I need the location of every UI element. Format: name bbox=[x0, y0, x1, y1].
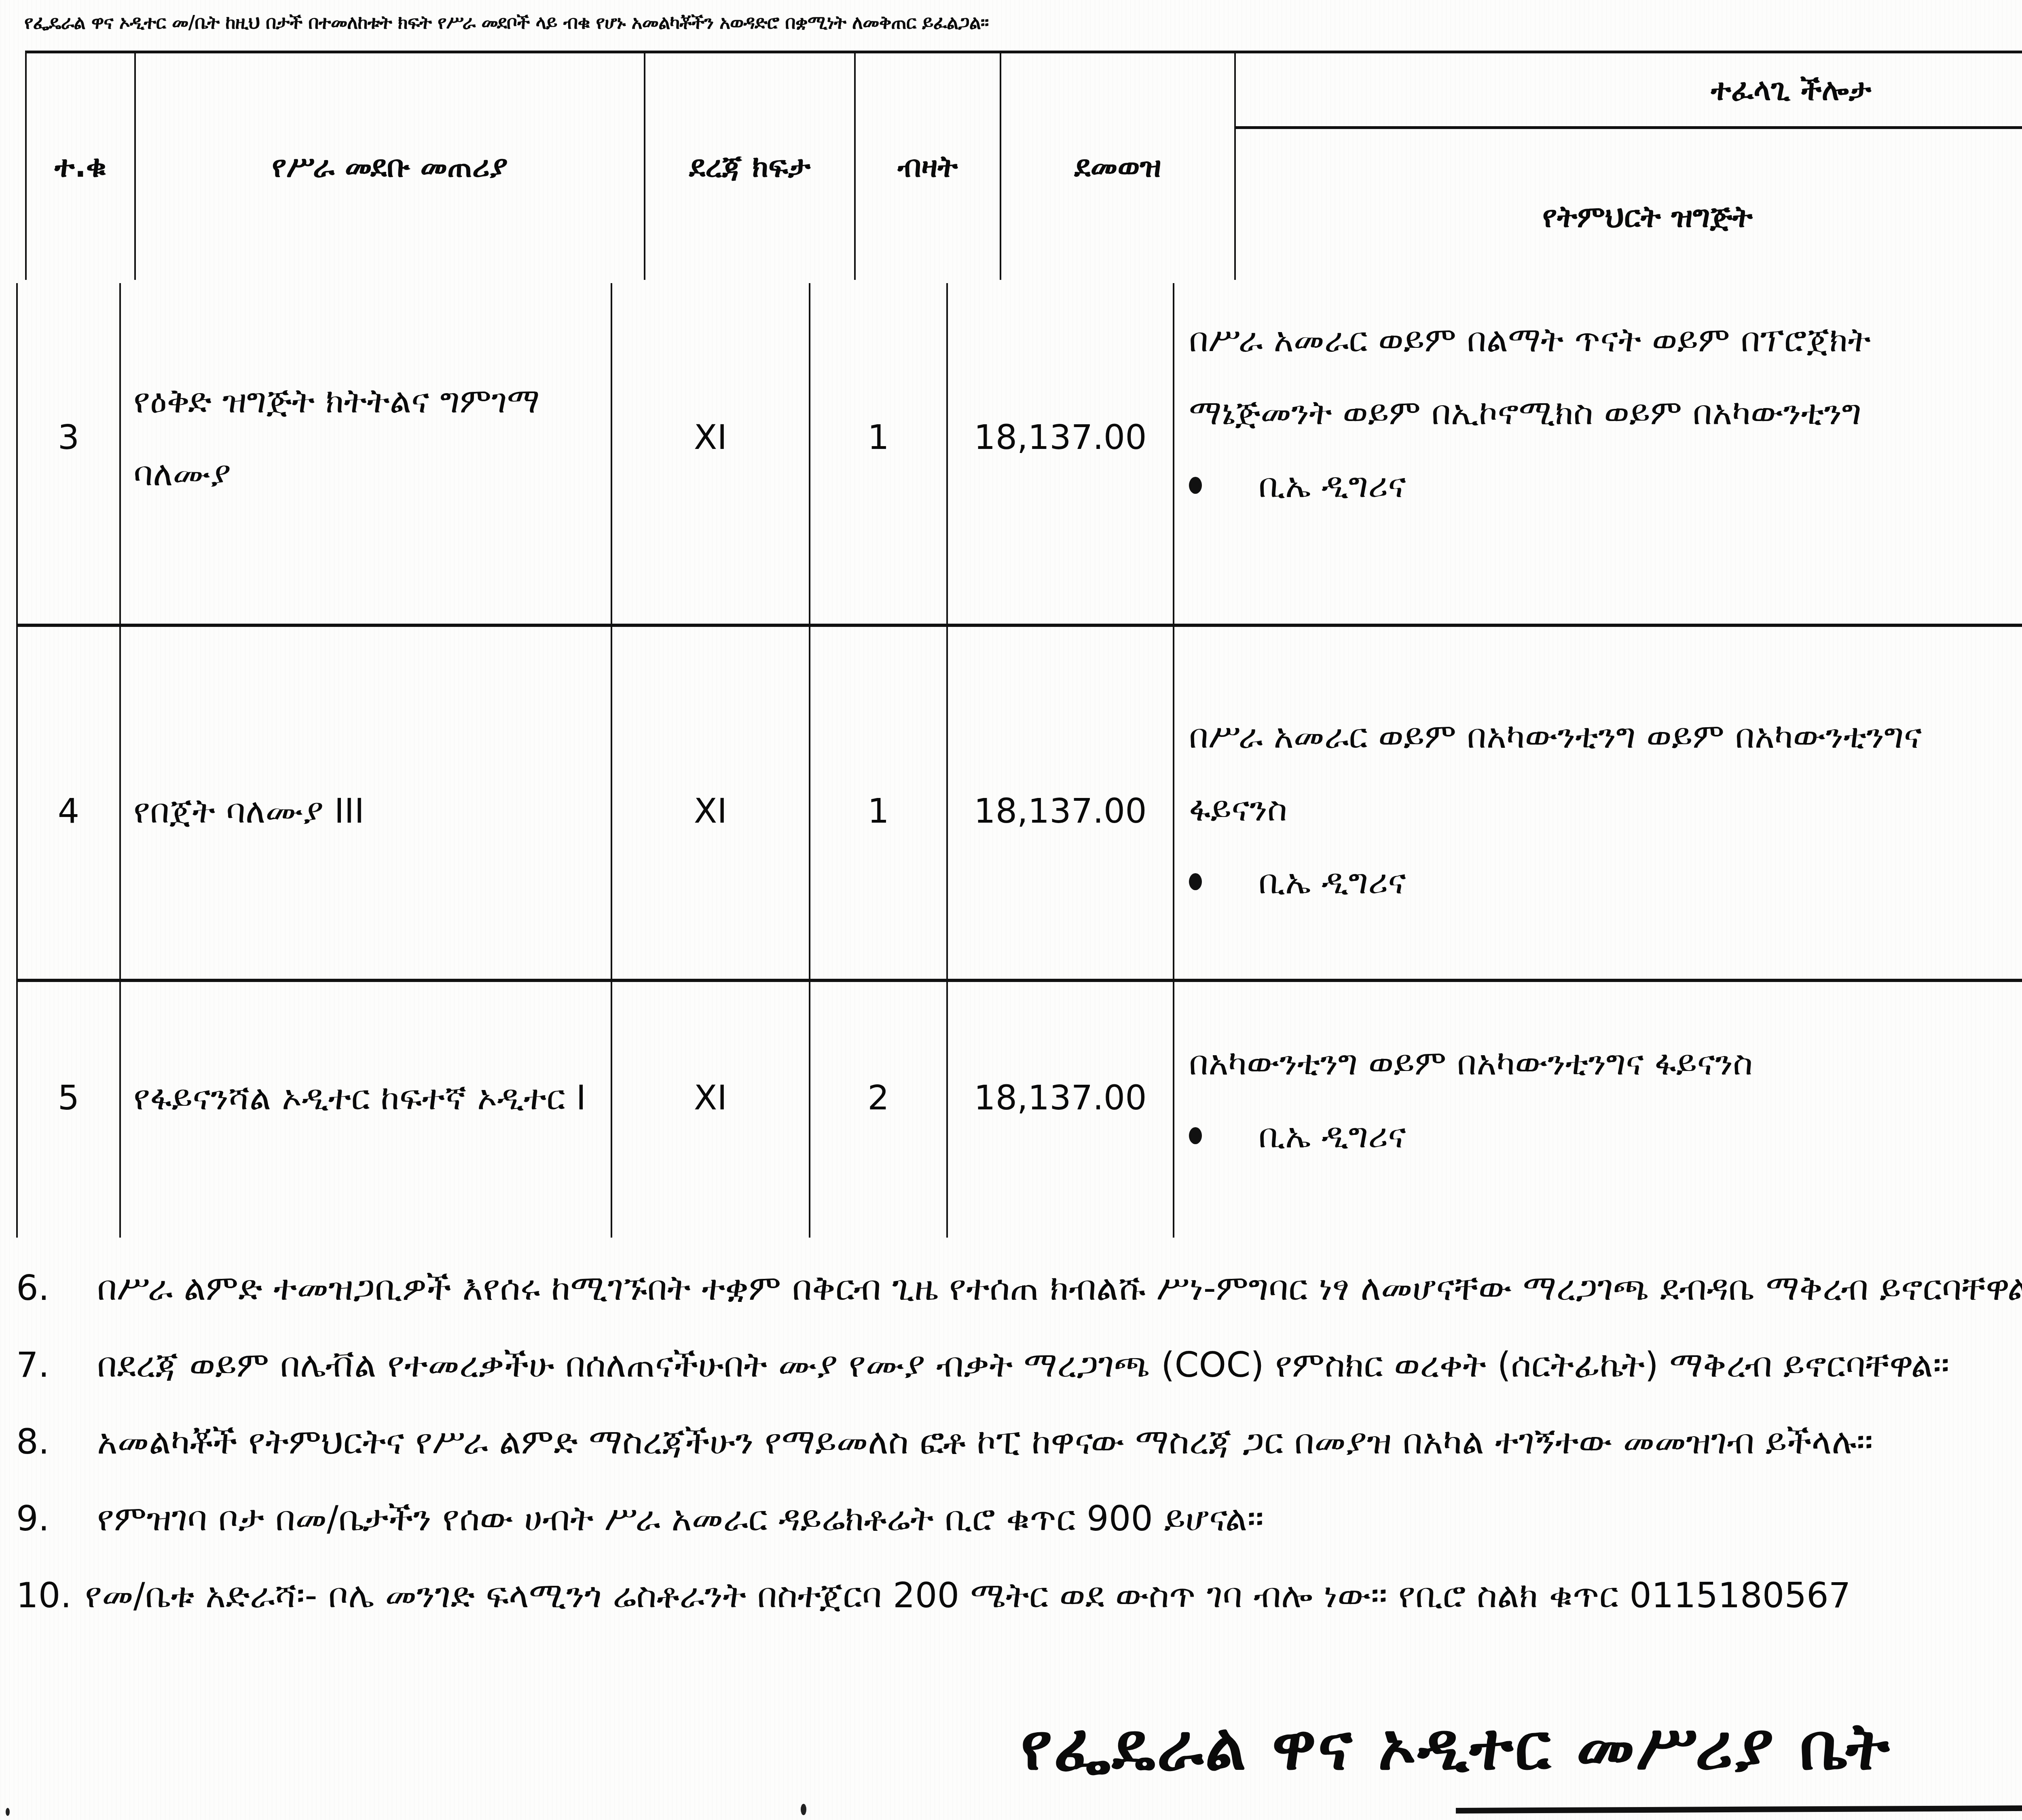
table-row: 4 የበጀት ባለሙያ III XI 1 18,137.00 በሥራ አመራር … bbox=[16, 627, 2022, 979]
header-education: የትምህርት ዝግጅት bbox=[1236, 129, 2022, 280]
note-text: በደረጃ ወይም በሌቭል የተመረቃችሁ በሰለጠናችሁበት ሙያ የሙያ ብ… bbox=[97, 1327, 2022, 1403]
note-number: 7. bbox=[16, 1327, 97, 1403]
row-divider bbox=[16, 979, 2022, 982]
row-position-title: የዕቅድ ዝግጅት ክትትልና ግምገማ ባለሙያ bbox=[133, 283, 603, 624]
row-no: 5 bbox=[18, 982, 119, 1238]
note-text: የመ/ቤቱ አድራሻ፡- ቦሌ መንገድ ፍላሚንጎ ሬስቶራንት በስተጀርባ… bbox=[85, 1557, 2022, 1634]
row-grade: XI bbox=[612, 283, 809, 624]
note-item: 7. በደረጃ ወይም በሌቭል የተመረቃችሁ በሰለጠናችሁበት ሙያ የሙ… bbox=[16, 1327, 2022, 1403]
row-salary: 18,137.00 bbox=[948, 982, 1173, 1238]
header-quantity: ብዛት bbox=[856, 53, 1000, 280]
bullet-icon bbox=[1189, 1127, 1202, 1144]
education-degree: ቢኤ ዲግሪና bbox=[1258, 449, 1406, 522]
note-number: 8. bbox=[16, 1403, 97, 1480]
row-position-title: የበጀት ባለሙያ III bbox=[133, 627, 603, 979]
note-number: 10. bbox=[16, 1557, 85, 1634]
scan-speck bbox=[6, 1808, 10, 1816]
row-no: 4 bbox=[18, 627, 119, 979]
header-salary: ደመወዝ bbox=[1001, 53, 1234, 280]
note-text: አመልካቾች የትምህርትና የሥራ ልምድ ማስረጃችሁን የማይመለስ ፎቶ… bbox=[97, 1403, 2022, 1480]
row-education: በአካውንቲንግ ወይም በአካውንቲንግና ፋይናንስ ቢኤ ዲግሪና bbox=[1189, 982, 2022, 1238]
scan-speck bbox=[801, 1804, 806, 1815]
education-fields: በሥራ አመራር ወይም በአካውንቲንግ ወይም በአካውንቲንግና ፋይናን… bbox=[1189, 700, 1957, 845]
footer-signature: የፌዴራል ዋና ኦዲተር መሥሪያ ቤት bbox=[0, 1709, 2022, 1785]
table-row: 3 የዕቅድ ዝግጅት ክትትልና ግምገማ ባለሙያ XI 1 18,137.… bbox=[16, 283, 2022, 624]
row-grade: XI bbox=[612, 982, 809, 1238]
header-required-competence: ተፈላጊ ችሎታ bbox=[1236, 53, 2022, 126]
table-header: ተ.ቁ የሥራ መደቡ መጠሪያ ደረጃ ክፍታ ብዛት ደመወዝ ተፈላጊ ች… bbox=[25, 51, 2022, 280]
note-item: 8. አመልካቾች የትምህርትና የሥራ ልምድ ማስረጃችሁን የማይመለስ… bbox=[16, 1403, 2022, 1480]
note-item: 9. የምዝገባ ቦታ በመ/ቤታችን የሰው ሀብት ሥራ አመራር ዳይሬክ… bbox=[16, 1480, 2022, 1557]
row-education: በሥራ አመራር ወይም በአካውንቲንግ ወይም በአካውንቲንግና ፋይናን… bbox=[1189, 627, 2022, 979]
row-education: በሥራ አመራር ወይም በልማት ጥናት ወይም በፕሮጀክት ማኔጅመንት … bbox=[1189, 283, 2022, 624]
row-divider bbox=[16, 624, 2022, 627]
row-quantity: 1 bbox=[810, 283, 946, 624]
note-number: 9. bbox=[16, 1480, 97, 1557]
note-number: 6. bbox=[16, 1250, 97, 1327]
row-no: 3 bbox=[18, 283, 119, 624]
subheader-divider bbox=[1234, 126, 2022, 129]
table-row: 5 የፋይናንሻል ኦዲተር ከፍተኛ ኦዲተር I XI 2 18,137.0… bbox=[16, 982, 2022, 1238]
intro-text: የፌዴራል ዋና ኦዲተር መ/ቤት ከዚህ በታች በተመለከቱት ክፍት የ… bbox=[24, 8, 2022, 36]
row-grade: XI bbox=[612, 627, 809, 979]
bullet-icon bbox=[1189, 477, 1202, 494]
note-text: የምዝገባ ቦታ በመ/ቤታችን የሰው ሀብት ሥራ አመራር ዳይሬክቶሬት… bbox=[97, 1480, 2022, 1557]
education-degree: ቢኤ ዲግሪና bbox=[1258, 1099, 1406, 1172]
header-grade: ደረጃ ክፍታ bbox=[645, 53, 854, 280]
footer-rule bbox=[1456, 1801, 2022, 1814]
positions-table: 3 የዕቅድ ዝግጅት ክትትልና ግምገማ ባለሙያ XI 1 18,137.… bbox=[16, 283, 2022, 1238]
header-position-title: የሥራ መደቡ መጠሪያ bbox=[136, 53, 644, 280]
education-fields: በሥራ አመራር ወይም በልማት ጥናት ወይም በፕሮጀክት ማኔጅመንት … bbox=[1189, 303, 1982, 449]
row-salary: 18,137.00 bbox=[948, 283, 1173, 624]
header-no: ተ.ቁ bbox=[27, 53, 134, 280]
row-position-title: የፋይናንሻል ኦዲተር ከፍተኛ ኦዲተር I bbox=[133, 982, 603, 1238]
notes-list: 6. በሥራ ልምድ ተመዝጋቢዎች እየሰሩ ከሚገኙበት ተቋም በቅርብ … bbox=[16, 1250, 2022, 1634]
row-quantity: 2 bbox=[810, 982, 946, 1238]
row-salary: 18,137.00 bbox=[948, 627, 1173, 979]
note-item: 6. በሥራ ልምድ ተመዝጋቢዎች እየሰሩ ከሚገኙበት ተቋም በቅርብ … bbox=[16, 1250, 2022, 1327]
education-degree: ቢኤ ዲግሪና bbox=[1258, 845, 1406, 918]
note-text: በሥራ ልምድ ተመዝጋቢዎች እየሰሩ ከሚገኙበት ተቋም በቅርብ ጊዜ … bbox=[97, 1250, 2022, 1327]
row-quantity: 1 bbox=[810, 627, 946, 979]
education-fields: በአካውንቲንግ ወይም በአካውንቲንግና ፋይናንስ bbox=[1189, 1026, 2022, 1099]
bullet-icon bbox=[1189, 873, 1202, 890]
note-item: 10. የመ/ቤቱ አድራሻ፡- ቦሌ መንገድ ፍላሚንጎ ሬስቶራንት በስ… bbox=[16, 1557, 2022, 1634]
